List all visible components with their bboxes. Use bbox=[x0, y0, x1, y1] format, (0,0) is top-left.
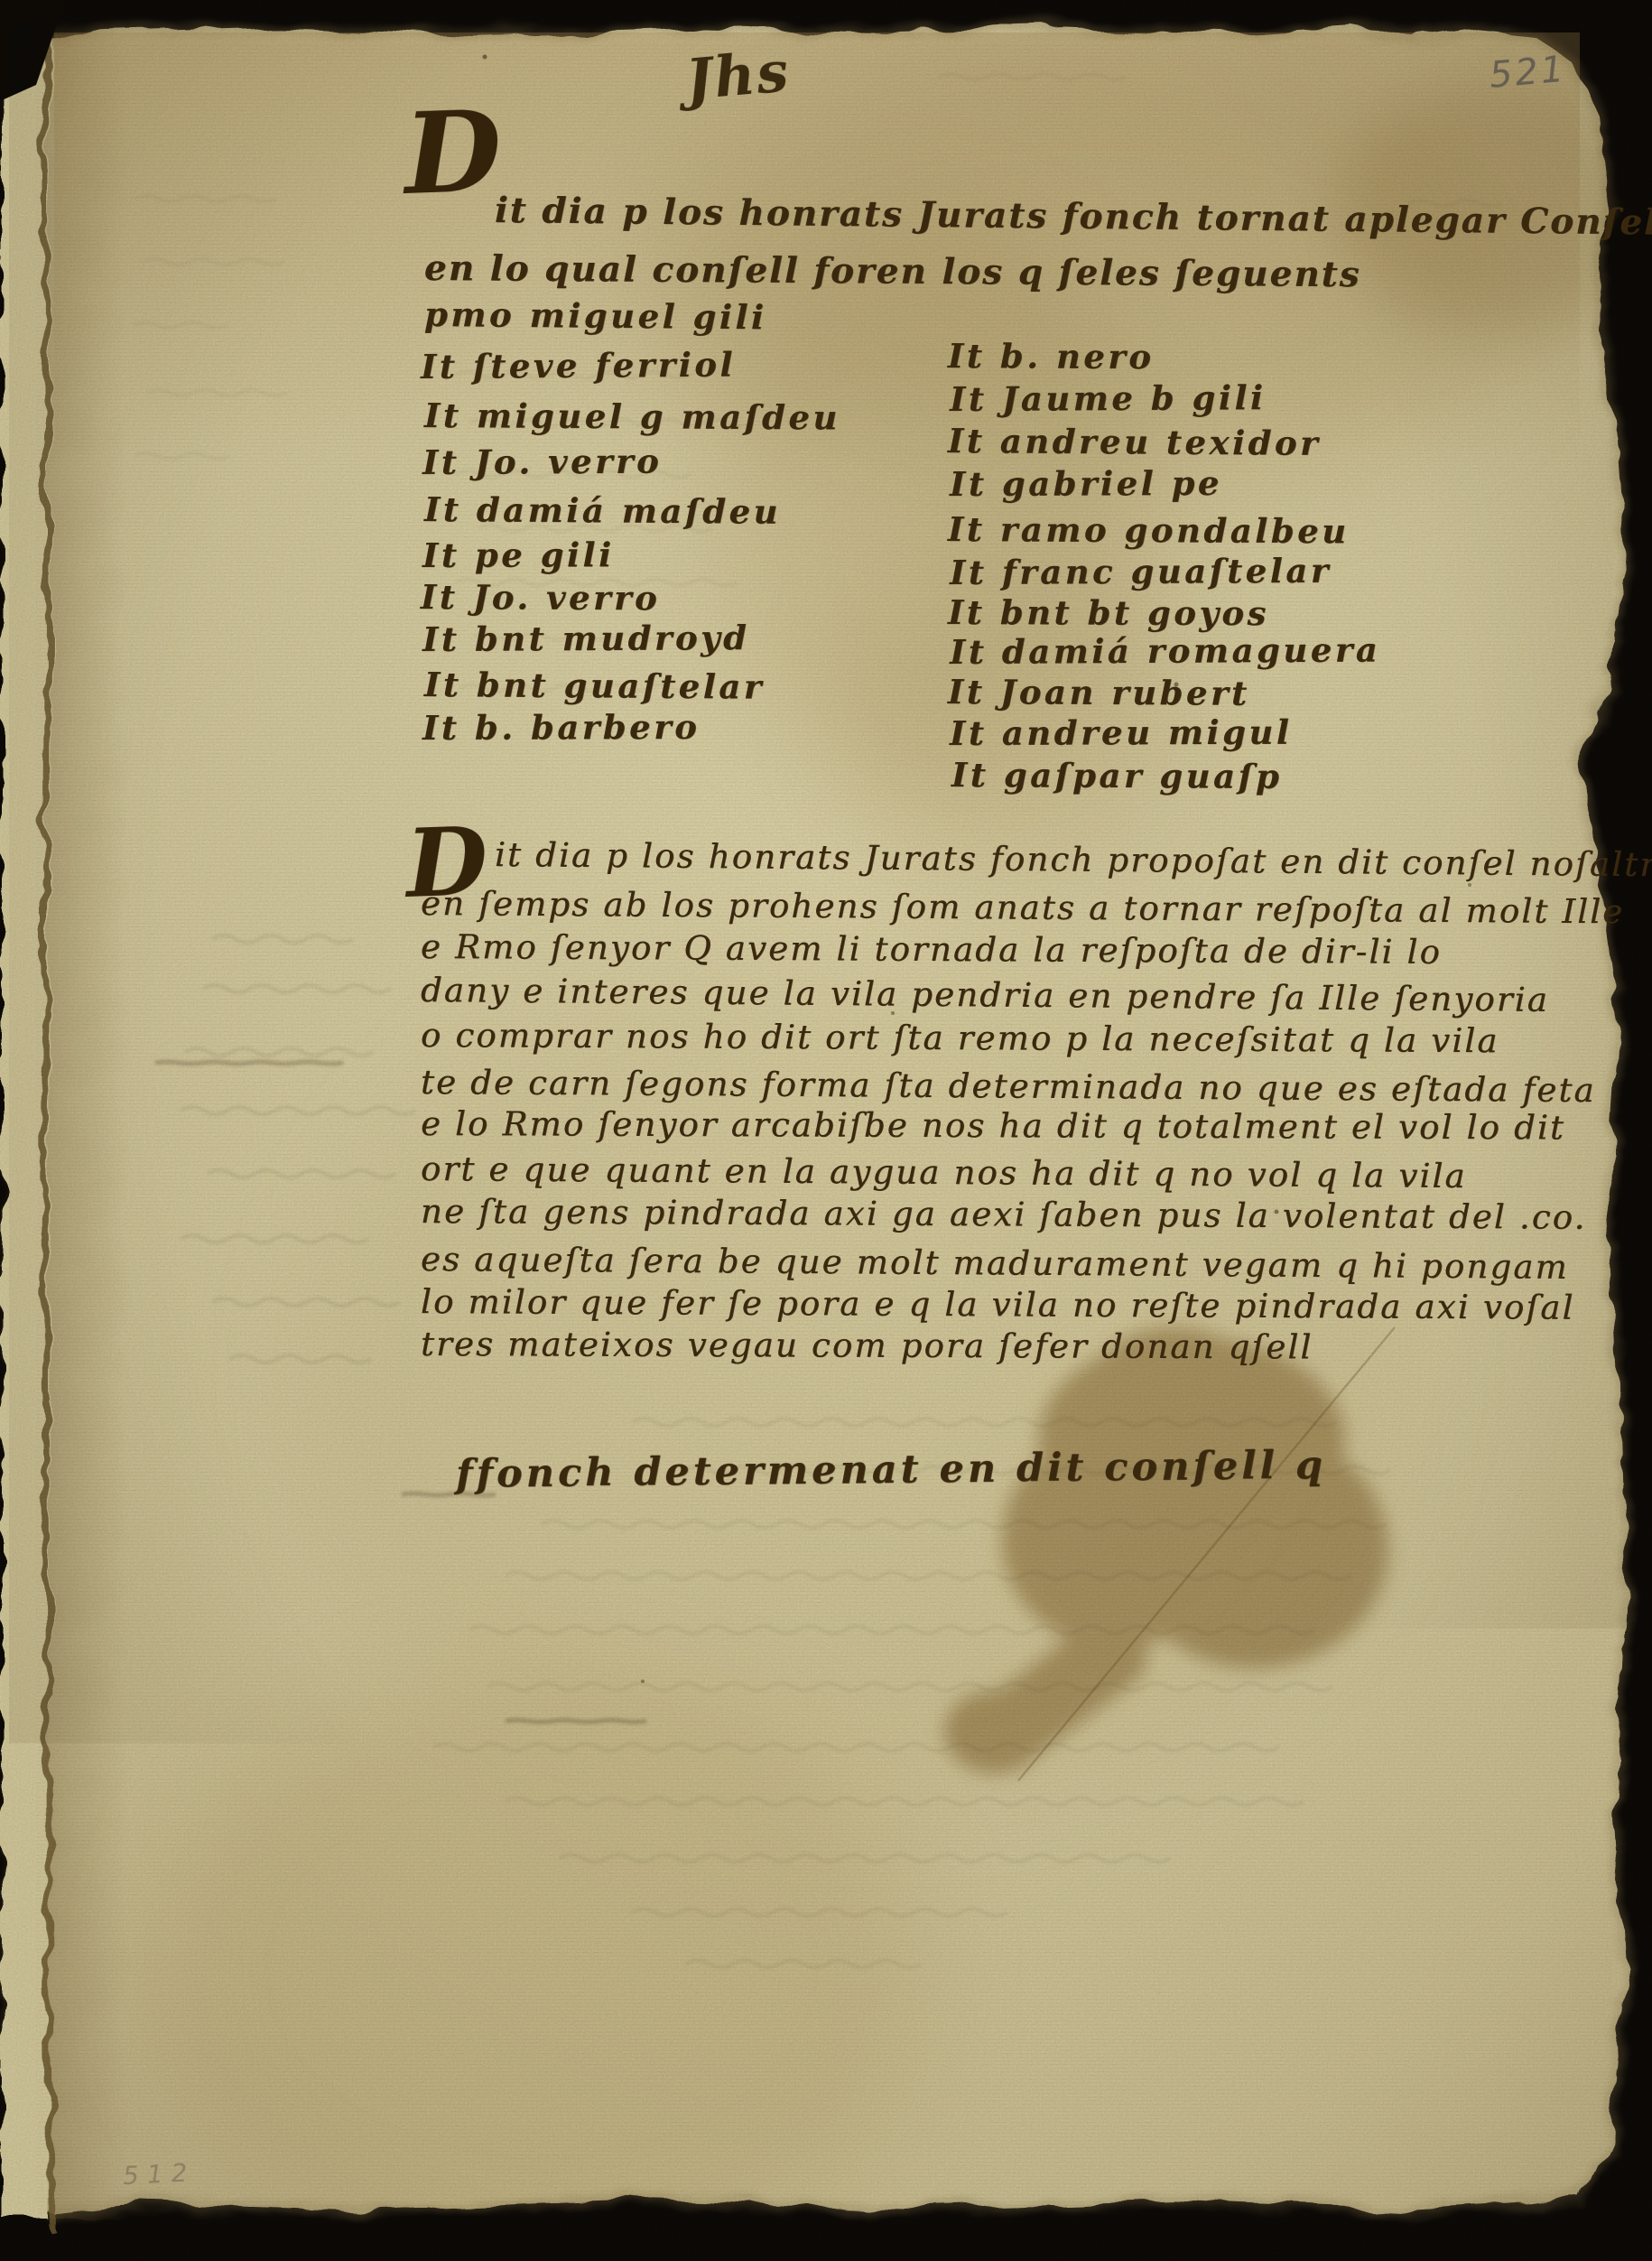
attendee-right-2: It andreu texidor bbox=[948, 424, 1321, 461]
heading-line-2: en lo qual conſell foren los q ſeles ſeg… bbox=[424, 251, 1361, 293]
resolution-line-8: ne ſta gens pindrada axi ga aexi ſaben p… bbox=[421, 1195, 1587, 1234]
attendee-right-3: It gabriel pe bbox=[950, 467, 1222, 501]
resolution-line-2: e Rmo ſenyor Q avem li tornada la reſpoſ… bbox=[421, 930, 1442, 969]
resolution-line-3: dany e interes que la vila pendria en pe… bbox=[421, 973, 1549, 1017]
attendee-left-5: It pe gili bbox=[422, 538, 615, 572]
attendee-right-0: It b. nero bbox=[948, 340, 1155, 374]
resolution-line-10: lo milor que fer ſe pora e q la vila no … bbox=[421, 1285, 1575, 1325]
resolution-line-11: tres mateixos vegau com pora ſefer donan… bbox=[421, 1327, 1313, 1363]
attendee-left-0: pmo miguel gili bbox=[424, 298, 767, 334]
attendee-right-9: It andreu migul bbox=[950, 716, 1293, 750]
attendee-left-2: It miguel g maſdeu bbox=[424, 399, 840, 434]
heading-initial-d: D bbox=[403, 96, 504, 211]
resolution-line-0: it dia p los honrats Jurats fonch propoſ… bbox=[495, 838, 1652, 882]
attendee-right-1: It Jaume b gili bbox=[950, 381, 1267, 416]
attendee-right-10: It gaſpar guaſp bbox=[951, 758, 1282, 794]
attendee-left-9: It b. barbero bbox=[422, 711, 700, 745]
resolution-line-1: en ſemps ab los prohens ſom anats a torn… bbox=[421, 887, 1625, 928]
attendee-left-8: It bnt guaſtelar bbox=[424, 668, 765, 704]
attendee-left-7: It bnt mudroyd bbox=[422, 621, 750, 656]
attendee-right-6: It bnt bt goyos bbox=[948, 596, 1269, 630]
manuscript-page: Jhs 521 D it dia p los honrats Jurats fo… bbox=[0, 0, 1652, 2261]
folio-number: 521 bbox=[1488, 51, 1568, 94]
attendee-right-4: It ramo gondalbeu bbox=[948, 513, 1350, 548]
resolution-line-5: te de carn ſegons forma ſta determinada … bbox=[421, 1065, 1596, 1107]
resolution-line-4: o comprar nos ho dit ort ſta remo p la n… bbox=[421, 1019, 1499, 1057]
attendee-left-6: It Jo. verro bbox=[421, 581, 660, 615]
resolution-line-9: es aqueſta ſera be que molt madurament v… bbox=[421, 1242, 1569, 1284]
closing-line: ffonch determenat en dit conſell q bbox=[456, 1447, 1326, 1494]
attendee-right-7: It damiá romaguera bbox=[950, 634, 1380, 669]
attendee-left-3: It Jo. verro bbox=[422, 445, 662, 479]
ihs-monogram: Jhs bbox=[683, 43, 792, 108]
attendee-right-5: It franc guaſtelar bbox=[950, 554, 1332, 590]
attendee-right-8: It Joan rubert bbox=[948, 675, 1250, 711]
attendee-left-1: It ſteve ferriol bbox=[421, 349, 736, 384]
attendee-left-4: It damiá maſdeu bbox=[424, 493, 781, 529]
resolution-line-6: e lo Rmo ſenyor arcabiſbe nos ha dit q t… bbox=[421, 1107, 1565, 1144]
resolution-line-7: ort e que quant en la aygua nos ha dit q… bbox=[421, 1152, 1467, 1193]
foot-number: 512 bbox=[122, 2160, 196, 2189]
